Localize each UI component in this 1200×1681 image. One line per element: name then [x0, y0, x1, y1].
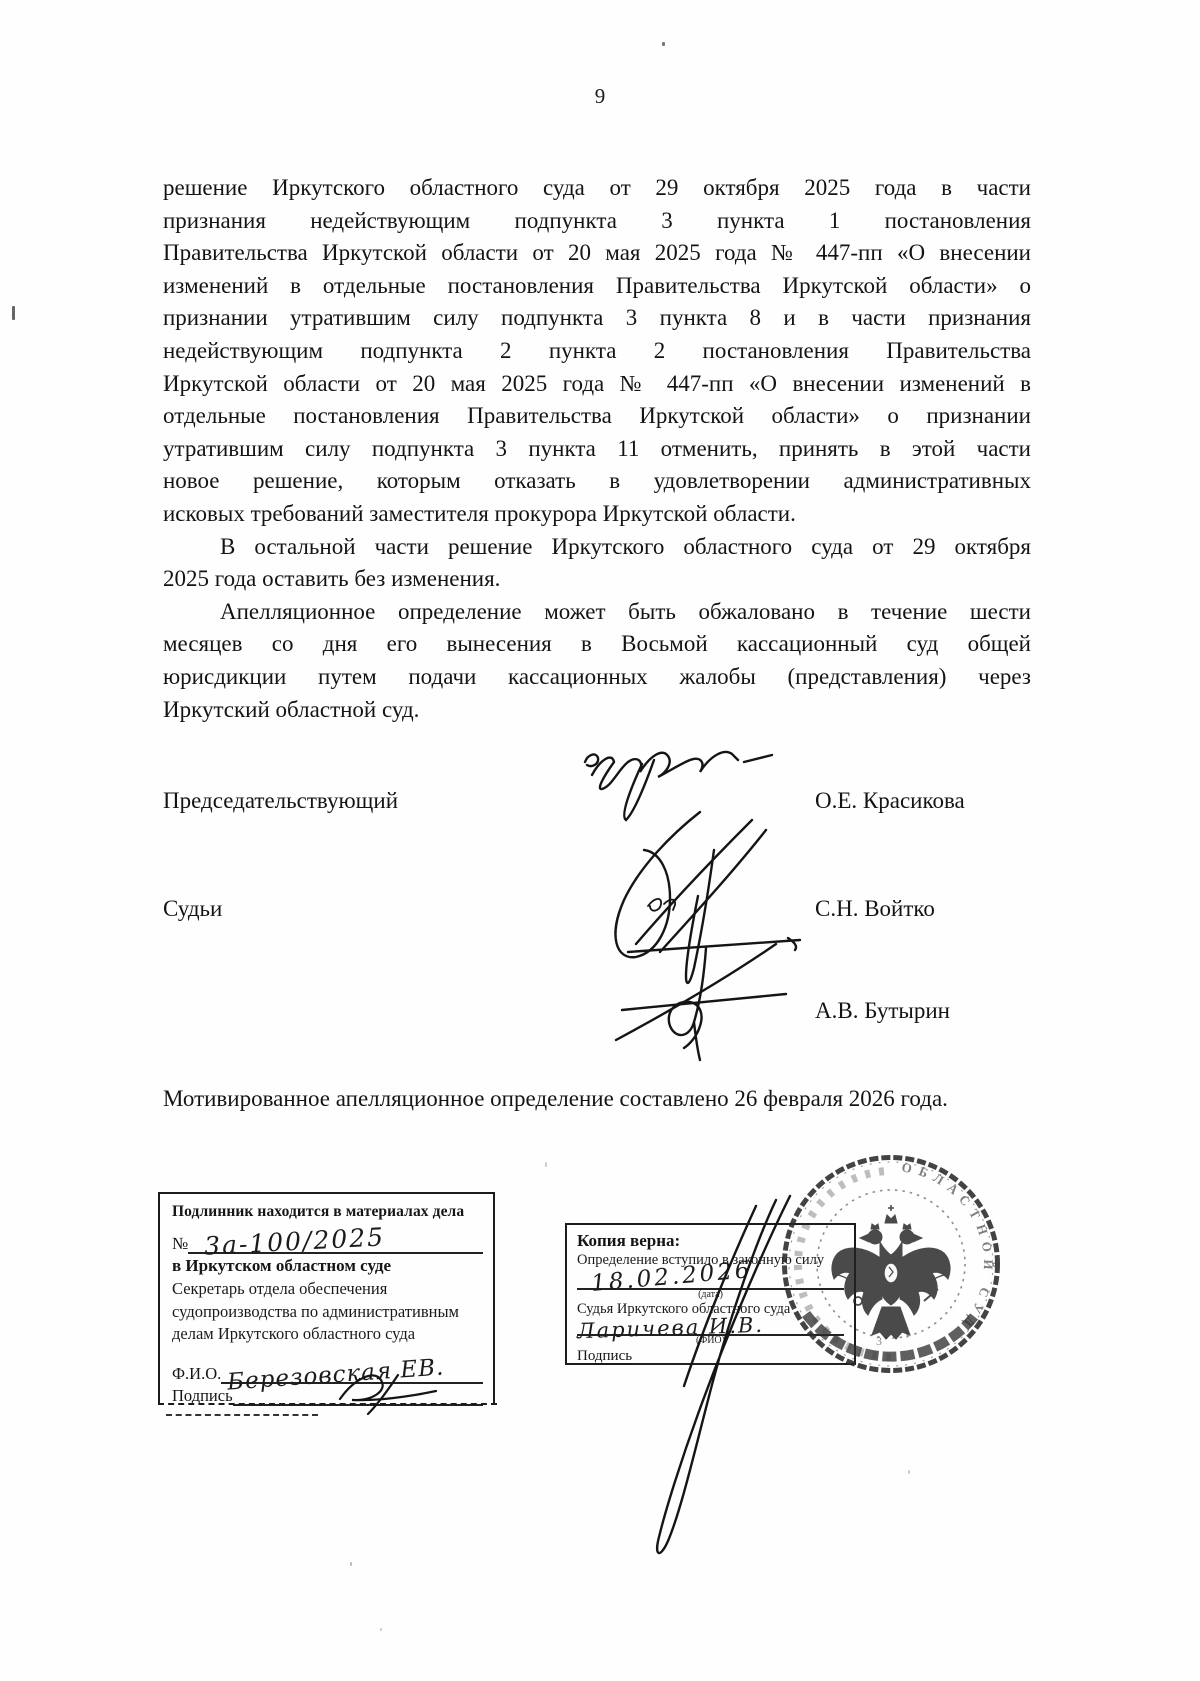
text-line: юрисдикции путем подачи кассационных жал… [163, 661, 1031, 694]
signature-butyrin [616, 938, 800, 1060]
stamp-text-line: Секретарь отдела обеспечения [172, 1278, 483, 1301]
text-line: недействующим подпункта 2 пункта 2 поста… [163, 335, 1031, 368]
text-line: месяцев со дня его вынесения в Восьмой к… [163, 628, 1031, 661]
text-line: признания недействующим подпункта 3 пунк… [163, 205, 1031, 238]
signature-krasikova [585, 752, 772, 820]
scan-artifact [908, 1470, 910, 1474]
judges-label: Судьи [163, 896, 222, 922]
case-number-label: № [172, 1234, 188, 1254]
text-line: утратившим силу подпункта 3 пункта 11 от… [163, 433, 1031, 466]
text-line: новое решение, которым отказать в удовле… [163, 465, 1031, 498]
text-line: Правительства Иркутской области от 20 ма… [163, 237, 1031, 270]
text-line: исковых требований заместителя прокурора… [163, 498, 1031, 531]
case-number-underline: 3а-100/2025 [188, 1220, 483, 1254]
text-line: Иркутской области от 20 мая 2025 года № … [163, 368, 1031, 401]
signature-voitko [615, 812, 766, 983]
fio-underline: Березовская ЕВ. [221, 1348, 483, 1384]
original-stamp-box: Подлинник находится в материалах дела № … [158, 1192, 495, 1403]
original-stamp-title: Подлинник находится в материалах дела [172, 1202, 483, 1222]
seal-inner-mark: 3 [876, 1334, 882, 1348]
presiding-label: Председательствующий [163, 788, 398, 814]
scan-artifact [350, 1562, 352, 1566]
judge-butyrin-name: А.В. Бутырин [815, 998, 950, 1024]
double-headed-eagle-icon [832, 1205, 950, 1339]
text-line: отдельные постановления Правительства Ир… [163, 400, 1031, 433]
motivated-date-note: Мотивированное апелляционное определение… [163, 1086, 948, 1112]
scan-artifact [545, 1162, 547, 1167]
presiding-judge-name: О.Е. Красикова [815, 788, 965, 814]
stamp-text-line: судопроизводства по административным [172, 1301, 483, 1324]
stamp-dashed-border [166, 1414, 318, 1416]
signature-underline [233, 1382, 483, 1406]
secretary-description: Секретарь отдела обеспечениясудопроизвод… [172, 1278, 483, 1346]
text-line: решение Иркутского областного суда от 29… [163, 172, 1031, 205]
judge-voitko-name: С.Н. Войтко [815, 896, 935, 922]
text-line: В остальной части решение Иркутского обл… [163, 531, 1031, 564]
fio-label: Ф.И.О. [172, 1364, 221, 1384]
text-line: изменений в отдельные постановления Прав… [163, 270, 1031, 303]
scan-artifact [380, 1628, 382, 1631]
stamp-text-line: делам Иркутского областного суда [172, 1323, 483, 1346]
scan-artifact [12, 306, 15, 320]
page-number: 9 [0, 84, 1200, 109]
ruling-text: решение Иркутского областного суда от 29… [163, 172, 1031, 726]
text-line: Апелляционное определение может быть обж… [163, 596, 1031, 629]
fio-row: Ф.И.О. Березовская ЕВ. [172, 1350, 483, 1384]
text-line: 2025 года оставить без изменения. [163, 563, 1031, 596]
court-document-page: 9 решение Иркутского областного суда от … [0, 0, 1200, 1681]
court-seal: ОБЛАСТНОЙ СУД [776, 1149, 1006, 1379]
signature-label: Подпись [577, 1348, 632, 1365]
stamp-dashed-border [158, 1403, 497, 1405]
text-line: признании утратившим силу подпункта 3 пу… [163, 302, 1031, 335]
case-number-row: № 3а-100/2025 [172, 1222, 483, 1254]
text-line: Иркутский областной суд. [163, 694, 1031, 727]
scan-artifact [662, 42, 665, 46]
